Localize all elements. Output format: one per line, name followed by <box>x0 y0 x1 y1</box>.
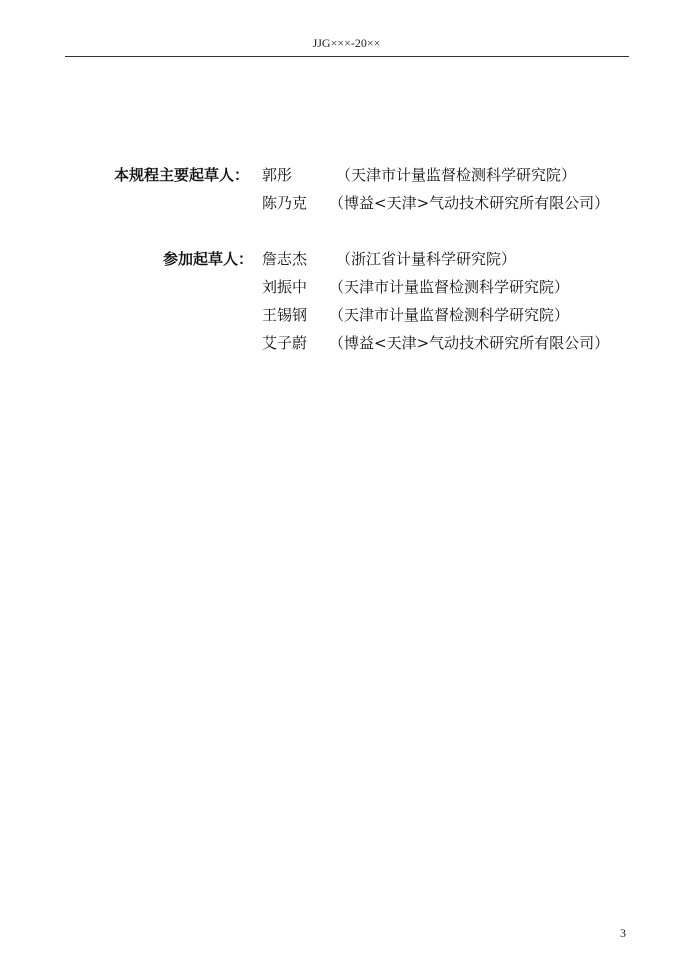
participating-drafters-label: 参加起草人： <box>163 249 253 269</box>
drafter-organization: （博益<天津>气动技术研究所有限公司） <box>329 193 609 213</box>
drafter-name: 詹志杰 <box>262 249 307 269</box>
drafter-name: 郭彤 <box>262 165 292 185</box>
drafter-organization: （天津市计量监督检测科学研究院） <box>329 277 569 297</box>
main-drafters-label: 本规程主要起草人： <box>114 165 249 185</box>
drafter-name: 刘振中 <box>262 277 307 297</box>
drafter-organization: （浙江省计量科学研究院） <box>336 249 516 269</box>
header-divider <box>65 56 629 57</box>
drafter-name: 艾子蔚 <box>262 333 307 353</box>
drafter-organization: （天津市计量监督检测科学研究院） <box>336 165 576 185</box>
page-header: JJG×××-20×× <box>65 36 628 51</box>
drafter-name: 陈乃克 <box>262 193 307 213</box>
drafter-name: 王锡钢 <box>262 305 307 325</box>
drafter-organization: （博益<天津>气动技术研究所有限公司） <box>329 333 609 353</box>
drafter-organization: （天津市计量监督检测科学研究院） <box>329 305 569 325</box>
page-number: 3 <box>620 926 626 941</box>
